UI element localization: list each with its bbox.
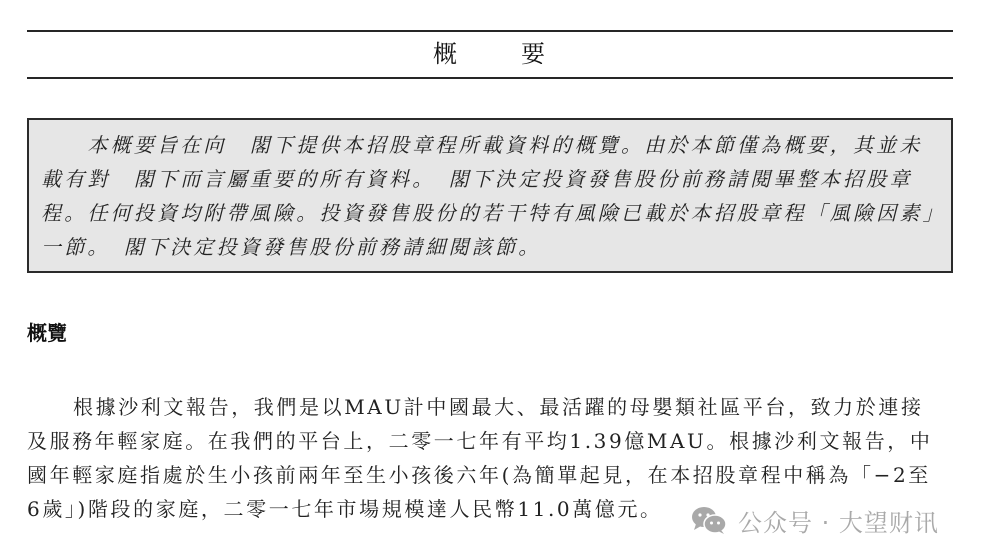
- wechat-icon: [690, 505, 728, 535]
- top-rule: [27, 30, 953, 32]
- summary-line: 載有對 閣下而言屬重要的所有資料。 閣下決定投資發售股份前務請閱畢整本招股章: [41, 162, 943, 196]
- bottom-rule: [27, 77, 953, 79]
- summary-line: 程。任何投資均附帶風險。投資發售股份的若干特有風險已載於本招股章程「風險因素」: [41, 196, 943, 230]
- summary-box: 本概要旨在向 閣下提供本招股章程所載資料的概覽。由於本節僅為概要，其並未 載有對…: [27, 118, 953, 273]
- page-title-char-1: 概: [433, 38, 459, 70]
- page-title-char-2: 要: [521, 38, 547, 70]
- watermark-text: 公众号 · 大望财讯: [738, 503, 939, 538]
- page-title: 概要: [27, 38, 953, 70]
- summary-text: 本概要旨在向 閣下提供本招股章程所載資料的概覽。由於本節僅為概要，其並未 載有對…: [41, 128, 943, 264]
- section-heading: 概覽: [27, 318, 67, 348]
- watermark: 公众号 · 大望财讯: [690, 503, 939, 537]
- paragraph-line: 根據沙利文報告，我們是以MAU計中國最大、最活躍的母嬰類社區平台，致力於連接: [27, 390, 953, 424]
- summary-line: 一節。 閣下決定投資發售股份前務請細閱該節。: [41, 230, 943, 264]
- paragraph-line: 國年輕家庭指處於生小孩前兩年至生小孩後六年(為簡單起見，在本招股章程中稱為「−2…: [27, 458, 953, 492]
- paragraph-line: 及服務年輕家庭。在我們的平台上，二零一七年有平均1.39億MAU。根據沙利文報告…: [27, 424, 953, 458]
- summary-line: 本概要旨在向 閣下提供本招股章程所載資料的概覽。由於本節僅為概要，其並未: [41, 128, 943, 162]
